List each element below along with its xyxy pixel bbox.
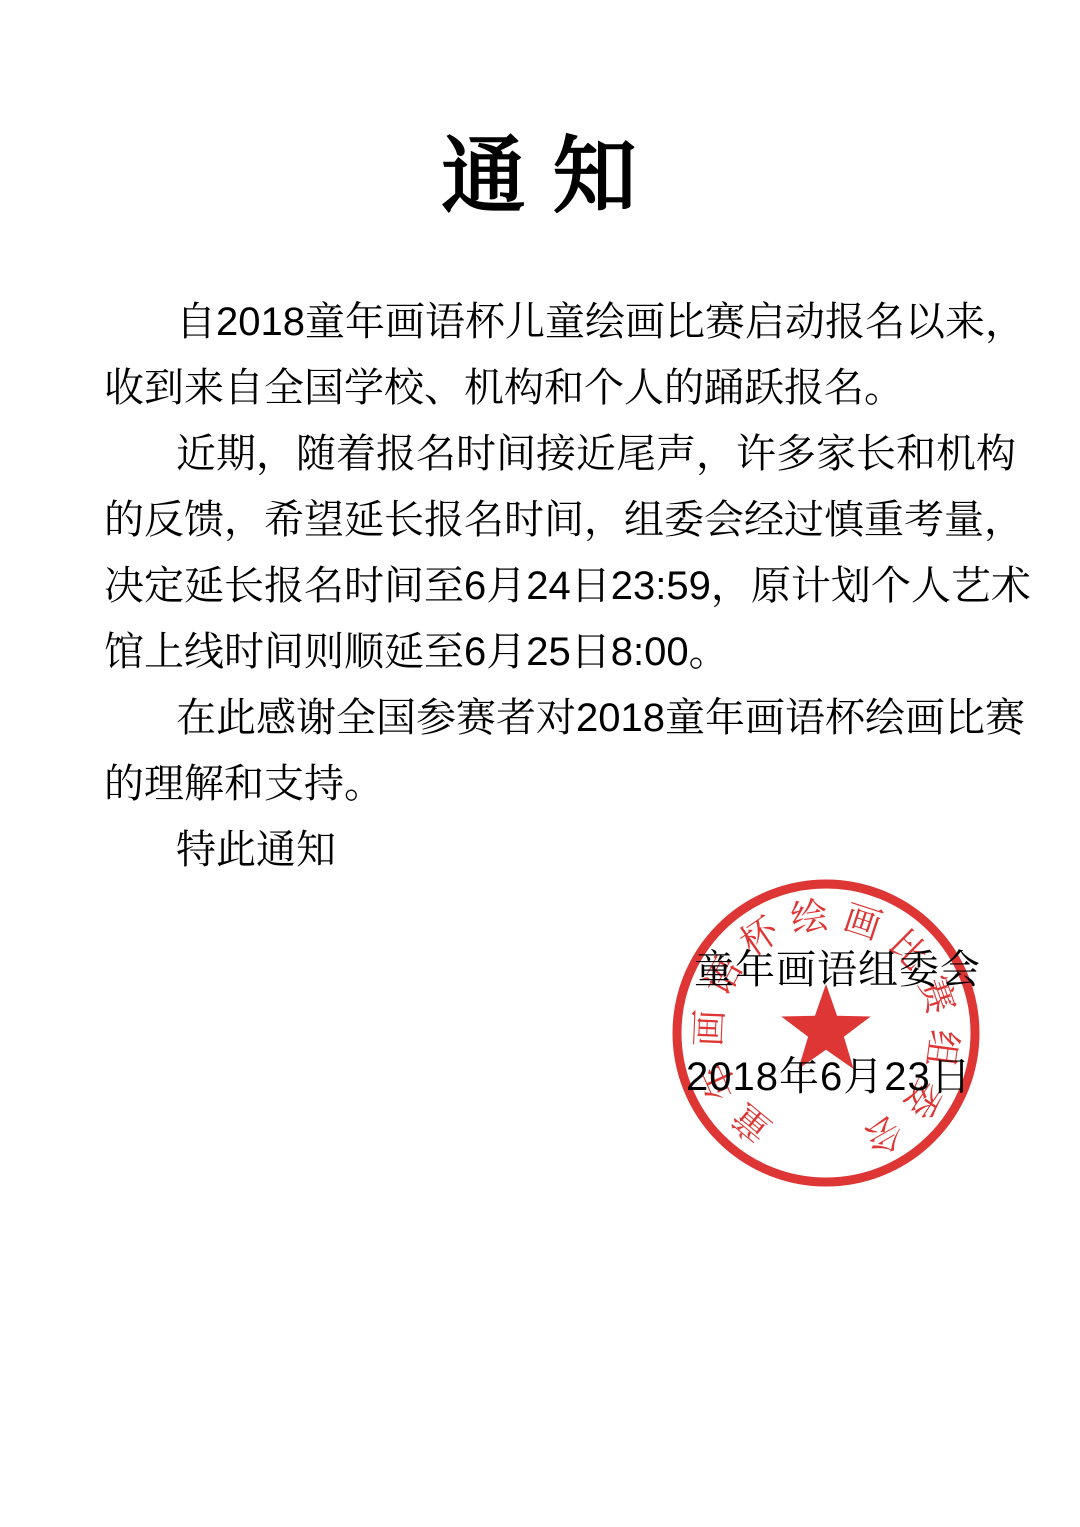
body-line: 馆上线时间则顺延至6月25日8:00。: [104, 619, 980, 685]
body-line: 收到来自全国学校、机构和个人的踊跃报名。: [104, 355, 980, 421]
seal-ring-char: 绘: [788, 894, 831, 941]
seal-ring: [677, 884, 975, 1182]
body-line: 近期，随着报名时间接近尾声，许多家长和机构: [104, 421, 980, 487]
seal-ring-char: 童: [724, 1095, 779, 1151]
signature-org: 童年画语组委会: [694, 948, 981, 992]
page-title: 通 知: [0, 128, 1080, 225]
signature-date: 2018年6月23日: [686, 1055, 972, 1099]
body-line: 的反馈，希望延长报名时间，组委会经过慎重考量，: [104, 487, 980, 553]
body-line: 自2018童年画语杯儿童绘画比赛启动报名以来，: [104, 289, 980, 355]
body-line: 的理解和支持。: [104, 751, 980, 817]
official-seal-stamp: 童年画语杯绘画比赛组委会: [656, 863, 996, 1203]
notice-document: 通 知 自2018童年画语杯儿童绘画比赛启动报名以来，收到来自全国学校、机构和个…: [0, 0, 1080, 1527]
body-line: 在此感谢全国参赛者对2018童年画语杯绘画比赛: [104, 685, 980, 751]
seal-ring-text: 童年画语杯绘画比赛组委会: [689, 894, 964, 1161]
seal-ring-char: 画: [689, 1009, 732, 1048]
seal-ring-char: 会: [857, 1107, 910, 1162]
notice-body: 自2018童年画语杯儿童绘画比赛启动报名以来，收到来自全国学校、机构和个人的踊跃…: [104, 289, 980, 883]
body-line: 特此通知: [104, 817, 980, 883]
body-line: 决定延长报名时间至6月24日23:59，原计划个人艺术: [104, 553, 980, 619]
seal-ring-char: 画: [838, 898, 886, 949]
